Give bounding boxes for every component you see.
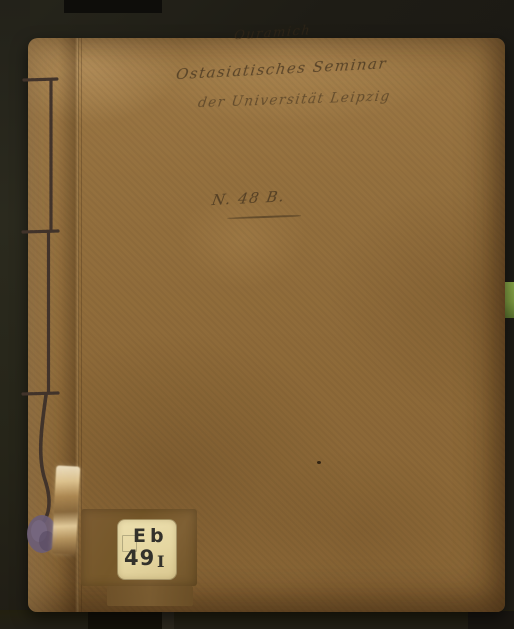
photo-stage: Ouramich Ostasiatisches Seminar der Univ… bbox=[0, 0, 514, 629]
shelfmark-label: Eb 49 I bbox=[117, 519, 177, 580]
background-bottom-band bbox=[162, 611, 174, 629]
shelfmark-code: Eb bbox=[133, 525, 168, 547]
shelfmark-suffix: I bbox=[157, 552, 164, 571]
shelfmark-number: 49 bbox=[124, 546, 155, 570]
background-top-shadow bbox=[64, 0, 162, 13]
glossy-tape-fragment bbox=[52, 465, 81, 554]
label-tape-lower bbox=[107, 586, 193, 606]
ink-spot bbox=[317, 461, 321, 464]
background-bottom-band bbox=[88, 611, 162, 629]
background-bottom bbox=[0, 610, 514, 629]
background-bottom-band bbox=[468, 611, 514, 629]
background-left-strip bbox=[0, 0, 30, 629]
